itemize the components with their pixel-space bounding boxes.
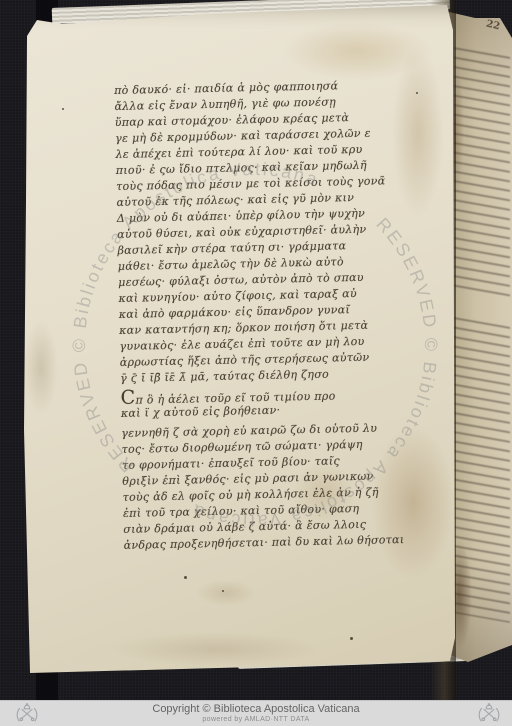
manuscript-text-block-1: πὸ δαυκό· εἰ· παιδία ἁ μὸς φαπποιησάἄλλα… — [114, 77, 422, 387]
adjacent-page-text-lines — [454, 47, 510, 301]
copyright-text: Copyright © Biblioteca Apostolica Vatica… — [0, 703, 512, 715]
stain — [196, 580, 256, 606]
vatican-keys-emblem-icon — [477, 702, 501, 726]
digivatlib-manuscript-view: 22 πὸ δαυκό· εἰ· παιδία ἁ μὸς φαπποιησάἄ… — [0, 0, 512, 726]
manuscript-photo: 22 πὸ δαυκό· εἰ· παιδία ἁ μὸς φαπποιησάἄ… — [0, 0, 512, 700]
manuscript-text-block-2: Ϲπ ὃ ἡ ἀέλει τοῦρ εῖ τοῦ τιμίου προκαὶ ϊ… — [120, 384, 425, 554]
wormhole-dot — [222, 590, 224, 592]
manuscript-page: πὸ δαυκό· εἰ· παιδία ἁ μὸς φαπποιησάἄλλα… — [0, 0, 512, 700]
footer-text: Copyright © Biblioteca Apostolica Vatica… — [0, 703, 512, 724]
page-number: 22 — [485, 18, 501, 32]
adjacent-page-text-lines — [454, 317, 510, 623]
wormhole-dot — [62, 108, 64, 110]
manuscript-text: πὸ δαυκό· εἰ· παιδία ἁ μὸς φαπποιησάἄλλα… — [114, 77, 426, 554]
stain — [24, 320, 58, 415]
footer-bar: Copyright © Biblioteca Apostolica Vatica… — [0, 700, 512, 726]
wormhole-dot — [184, 576, 187, 579]
stain — [110, 632, 320, 666]
powered-by-text: powered by AMLAD·NTT DATA — [0, 715, 512, 724]
wormhole-dot — [350, 637, 353, 640]
